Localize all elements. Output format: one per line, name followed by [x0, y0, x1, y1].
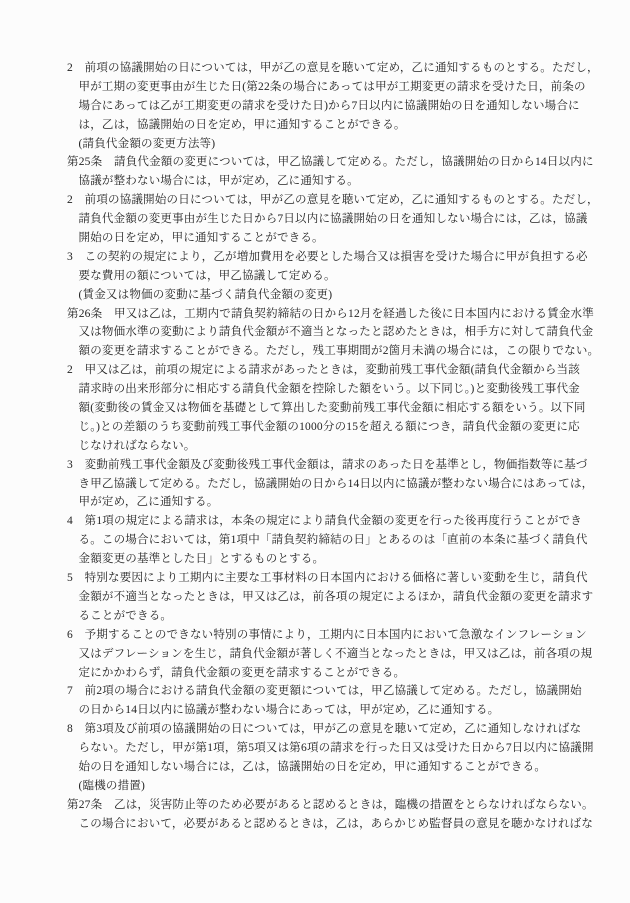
text-line: 協議が整わない場合には，甲が定め，乙に通知する。 — [67, 172, 572, 191]
section-heading-payment-change: (請負代金額の変更方法等) — [67, 135, 572, 154]
text-line: 甲が工期の変更事由が生じた日(第22条の場合にあっては甲が工期変更の請求を受けた… — [67, 78, 572, 97]
text-line: き甲乙協議して定める。ただし，協議開始の日から14日以内に協議が整わない場合には… — [67, 475, 572, 494]
text-line: じなければならない。 — [67, 437, 572, 456]
article-26-para-6: 6 予期することのできない特別の事情により，工期内に日本国内において急激なインフ… — [67, 626, 572, 683]
text-line: 3 この契約の規定により，乙が増加費用を必要とした場合又は損害を受けた場合に甲が… — [67, 248, 572, 267]
text-line: 甲が定め，乙に通知する。 — [67, 493, 572, 512]
document-page: 2 前項の協議開始の日については，甲が乙の意見を聴いて定め，乙に通知するものとす… — [0, 0, 630, 903]
text-line: 金額変更の基準とした日」とするものとする。 — [67, 550, 572, 569]
text-line: じ。)との差額のうち変動前残工事代金額の1000分の15を超える額につき，請負代… — [67, 418, 572, 437]
section-heading-wage-price-change: (賃金又は物価の変動に基づく請負代金額の変更) — [67, 286, 572, 305]
text-line: 7 前2項の場合における請負代金額の変更額については，甲乙協議して定める。ただし… — [67, 682, 572, 701]
text-line: らない。ただし，甲が第1項，第5項又は第6項の請求を行った日又は受けた日から7日… — [67, 739, 572, 758]
text-line: 5 特別な要因により工期内に主要な工事材料の日本国内における価格に著しい変動を生… — [67, 569, 572, 588]
text-line: は，乙は，協議開始の日を定め，甲に通知することができる。 — [67, 116, 572, 135]
article-25: 第25条 請負代金額の変更については，甲乙協議して定める。ただし，協議開始の日か… — [67, 153, 572, 191]
text-line: 請求時の出来形部分に相応する請負代金額を控除した額をいう。以下同じ。)と変動後残… — [67, 380, 572, 399]
heading-line: (請負代金額の変更方法等) — [67, 135, 572, 154]
text-line: 請負代金額の変更事由が生じた日から7日以内に協議開始の日を通知しない場合には，乙… — [67, 210, 572, 229]
article-25-para-2: 2 前項の協議開始の日については，甲が乙の意見を聴いて定め，乙に通知するものとす… — [67, 191, 572, 248]
text-line: 要な費用の額については，甲乙協議して定める。 — [67, 267, 572, 286]
article-26-para-7: 7 前2項の場合における請負代金額の変更額については，甲乙協議して定める。ただし… — [67, 682, 572, 720]
text-line: この場合において，必要があると認めるときは，乙は，あらかじめ監督員の意見を聴かな… — [67, 815, 572, 834]
text-line: 又はデフレーションを生じ，請負代金額が著しく不適当となったときは，甲又は乙は，前… — [67, 645, 572, 664]
text-line: の日から14日以内に協議が整わない場合にあっては，甲が定め，乙に通知する。 — [67, 701, 572, 720]
text-line: 第26条 甲又は乙は，工期内で請負契約締結の日から12月を経過した後に日本国内に… — [67, 305, 572, 324]
article-25-para-3: 3 この契約の規定により，乙が増加費用を必要とした場合又は損害を受けた場合に甲が… — [67, 248, 572, 286]
text-line: 額の変更を請求することができる。ただし，残工事期間が2箇月未満の場合には，この限… — [67, 342, 572, 361]
text-line: 2 前項の協議開始の日については，甲が乙の意見を聴いて定め，乙に通知するものとす… — [67, 191, 572, 210]
section-heading-emergency-measures: (臨機の措置) — [67, 777, 572, 796]
text-line: 始の日を通知しない場合には，乙は，協議開始の日を定め，甲に通知することができる。 — [67, 758, 572, 777]
text-line: る。この場合においては，第1項中「請負契約締結の日」とあるのは「直前の本条に基づ… — [67, 531, 572, 550]
text-line: 8 第3項及び前項の協議開始の日については，甲が乙の意見を聴いて定め，乙に通知し… — [67, 720, 572, 739]
text-line: 又は物価水準の変動により請負代金額が不適当となったと認めたときは，相手方に対して… — [67, 323, 572, 342]
article-26-para-4: 4 第1項の規定による請求は，本条の規定により請負代金額の変更を行った後再度行う… — [67, 512, 572, 569]
text-line: 4 第1項の規定による請求は，本条の規定により請負代金額の変更を行った後再度行う… — [67, 512, 572, 531]
clause-para-2-continued: 2 前項の協議開始の日については，甲が乙の意見を聴いて定め，乙に通知するものとす… — [67, 59, 572, 135]
article-26-para-8: 8 第3項及び前項の協議開始の日については，甲が乙の意見を聴いて定め，乙に通知し… — [67, 720, 572, 777]
text-line: 2 甲又は乙は，前項の規定による請求があったときは，変動前残工事代金額(請負代金… — [67, 361, 572, 380]
text-line: 2 前項の協議開始の日については，甲が乙の意見を聴いて定め，乙に通知するものとす… — [67, 59, 572, 78]
text-line: 場合にあっては乙が工期変更の請求を受けた日)から7日以内に協議開始の日を通知しな… — [67, 97, 572, 116]
text-line: 3 変動前残工事代金額及び変動後残工事代金額は，請求のあった日を基準とし，物価指… — [67, 456, 572, 475]
article-26: 第26条 甲又は乙は，工期内で請負契約締結の日から12月を経過した後に日本国内に… — [67, 305, 572, 362]
text-line: ることができる。 — [67, 607, 572, 626]
article-26-para-2: 2 甲又は乙は，前項の規定による請求があったときは，変動前残工事代金額(請負代金… — [67, 361, 572, 455]
text-line: 開始の日を定め，甲に通知することができる。 — [67, 229, 572, 248]
heading-line: (賃金又は物価の変動に基づく請負代金額の変更) — [67, 286, 572, 305]
text-line: 第27条 乙は，災害防止等のため必要があると認めるときは，臨機の措置をとらなけれ… — [67, 796, 572, 815]
text-line: 定にかかわらず，請負代金額の変更を請求することができる。 — [67, 664, 572, 683]
text-line: 額(変動後の賃金又は物価を基礎として算出した変動前残工事代金額に相応する額をいう… — [67, 399, 572, 418]
text-line: 金額が不適当となったときは，甲又は乙は，前各項の規定によるほか，請負代金額の変更… — [67, 588, 572, 607]
text-line: 6 予期することのできない特別の事情により，工期内に日本国内において急激なインフ… — [67, 626, 572, 645]
text-line: 第25条 請負代金額の変更については，甲乙協議して定める。ただし，協議開始の日か… — [67, 153, 572, 172]
article-26-para-5: 5 特別な要因により工期内に主要な工事材料の日本国内における価格に著しい変動を生… — [67, 569, 572, 626]
heading-line: (臨機の措置) — [67, 777, 572, 796]
article-26-para-3: 3 変動前残工事代金額及び変動後残工事代金額は，請求のあった日を基準とし，物価指… — [67, 456, 572, 513]
contract-text-block: 2 前項の協議開始の日については，甲が乙の意見を聴いて定め，乙に通知するものとす… — [67, 59, 572, 834]
article-27: 第27条 乙は，災害防止等のため必要があると認めるときは，臨機の措置をとらなけれ… — [67, 796, 572, 834]
